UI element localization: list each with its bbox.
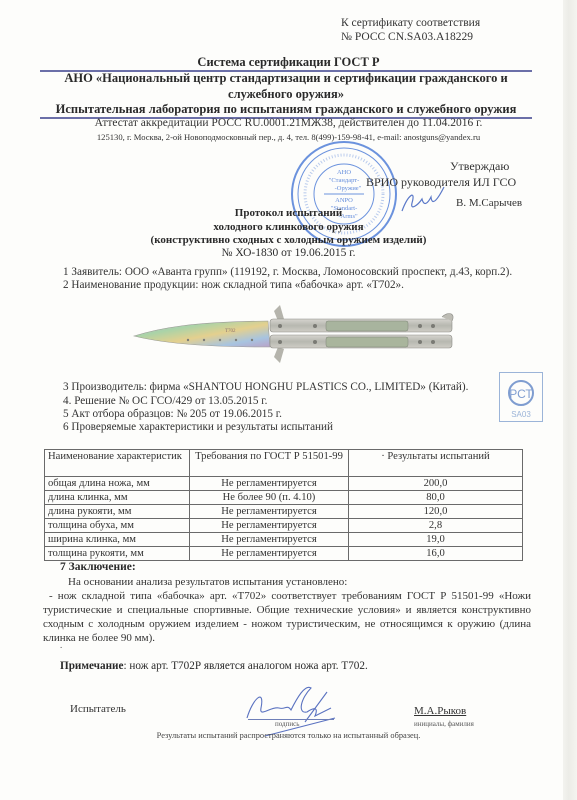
svg-text:РСТ: РСТ: [509, 387, 533, 401]
protocol-subtitle-2: (конструктивно сходных с холодным оружие…: [0, 234, 577, 246]
table-row: длина клинка, мм Не более 90 (п. 4.10) 8…: [45, 491, 523, 505]
svg-text:"Стандарт-: "Стандарт-: [329, 177, 360, 184]
characteristic-cell: общая длина ножа, мм: [45, 477, 190, 491]
decision-line: 4. Решение № ОС ГСО/429 от 13.05.2015 г.: [63, 395, 267, 407]
organization-name: АНО «Национальный центр стандартизации и…: [40, 71, 532, 102]
tester-label: Испытатель: [70, 703, 126, 715]
result-cell: 19,0: [349, 533, 523, 547]
laboratory-name: Испытательная лаборатория по испытаниям …: [40, 102, 532, 117]
conclusion-intro: На основании анализа результатов испытан…: [68, 575, 556, 589]
tester-name-caption: инициалы, фамилия: [414, 720, 474, 728]
butterfly-knife-image: Т702: [130, 297, 460, 369]
table-header-row: Наименование характеристик Требования по…: [45, 450, 523, 477]
requirement-cell: Не регламентируется: [190, 519, 349, 533]
svg-text:-Оружие": -Оружие": [335, 185, 362, 192]
protocol-subtitle: холодного клинкового оружия: [0, 221, 577, 233]
checked-characteristics-line: 6 Проверяемые характеристики и результат…: [63, 421, 333, 433]
rst-mark-icon: РСТ SA03: [500, 373, 542, 421]
certificate-reference: К сертификату соответствия № РОСС CN.SA0…: [341, 16, 480, 44]
protocol-number: № ХО-1830 от 19.06.2015 г.: [0, 247, 577, 259]
requirement-cell: Не регламентируется: [190, 477, 349, 491]
system-title: Система сертификации ГОСТ Р: [0, 55, 577, 70]
requirement-cell: Не регламентируется: [190, 547, 349, 561]
results-table: Наименование характеристик Требования по…: [44, 449, 523, 561]
applicant-line: 1 Заявитель: ООО «Аванта групп» (119192,…: [63, 266, 512, 278]
sampling-act-line: 5 Акт отбора образцов: № 205 от 19.06.20…: [63, 408, 282, 420]
header-requirement: Требования по ГОСТ Р 51501-99: [190, 450, 349, 477]
address-line: 125130, г. Москва, 2-ой Новоподмосковный…: [0, 132, 577, 142]
note-text: : нож арт. Т702Р является аналогом ножа …: [123, 660, 367, 672]
signature-caption: подпись: [275, 720, 299, 728]
characteristic-cell: длина рукояти, мм: [45, 505, 190, 519]
result-cell: 16,0: [349, 547, 523, 561]
accreditation-line: Аттестат аккредитации РОСС RU.0001.21МЖ3…: [0, 117, 577, 129]
table-row: длина рукояти, мм Не регламентируется 12…: [45, 505, 523, 519]
header-characteristic: Наименование характеристик: [45, 450, 190, 477]
certificate-number: № РОСС CN.SA03.A18229: [341, 30, 480, 44]
certificate-ref-line1: К сертификату соответствия: [341, 16, 480, 30]
result-cell: 2,8: [349, 519, 523, 533]
note-line: Примечание: нож арт. Т702Р является анал…: [60, 660, 368, 672]
svg-text:Т702: Т702: [225, 329, 236, 334]
tester-name: М.А.Рыков: [414, 705, 466, 717]
tester-signature-icon: [235, 678, 365, 738]
conclusion-text: - нож складной типа «бабочка» арт. «Т702…: [43, 589, 531, 645]
gost-conformity-mark: РСТ SA03: [499, 372, 543, 422]
header-result: · Результаты испытаний: [349, 450, 523, 477]
svg-text:ANPO: ANPO: [335, 197, 353, 204]
svg-text:АНО: АНО: [337, 169, 351, 176]
table-row: толщина рукояти, мм Не регламентируется …: [45, 547, 523, 561]
characteristic-cell: длина клинка, мм: [45, 491, 190, 505]
table-row: ширина клинка, мм Не регламентируется 19…: [45, 533, 523, 547]
product-line: 2 Наименование продукции: нож складной т…: [63, 279, 404, 291]
approval-label: Утверждаю: [450, 159, 509, 174]
result-cell: 80,0: [349, 491, 523, 505]
result-cell: 200,0: [349, 477, 523, 491]
result-cell: 120,0: [349, 505, 523, 519]
table-row: общая длина ножа, мм Не регламентируется…: [45, 477, 523, 491]
protocol-title: Протокол испытаний: [0, 207, 577, 219]
stray-dot: .: [60, 640, 62, 650]
characteristic-cell: толщина обуха, мм: [45, 519, 190, 533]
table-row: толщина обуха, мм Не регламентируется 2,…: [45, 519, 523, 533]
svg-text:SA03: SA03: [511, 410, 531, 419]
conclusion-heading: 7 Заключение:: [60, 561, 136, 573]
requirement-cell: Не регламентируется: [190, 505, 349, 519]
characteristic-cell: ширина клинка, мм: [45, 533, 190, 547]
characteristic-cell: толщина рукояти, мм: [45, 547, 190, 561]
footer-disclaimer: Результаты испытаний распространяются то…: [0, 731, 577, 740]
requirement-cell: Не более 90 (п. 4.10): [190, 491, 349, 505]
requirement-cell: Не регламентируется: [190, 533, 349, 547]
note-label: Примечание: [60, 660, 123, 672]
manufacturer-line: 3 Производитель: фирма «SHANTOU HONGHU P…: [63, 381, 468, 393]
